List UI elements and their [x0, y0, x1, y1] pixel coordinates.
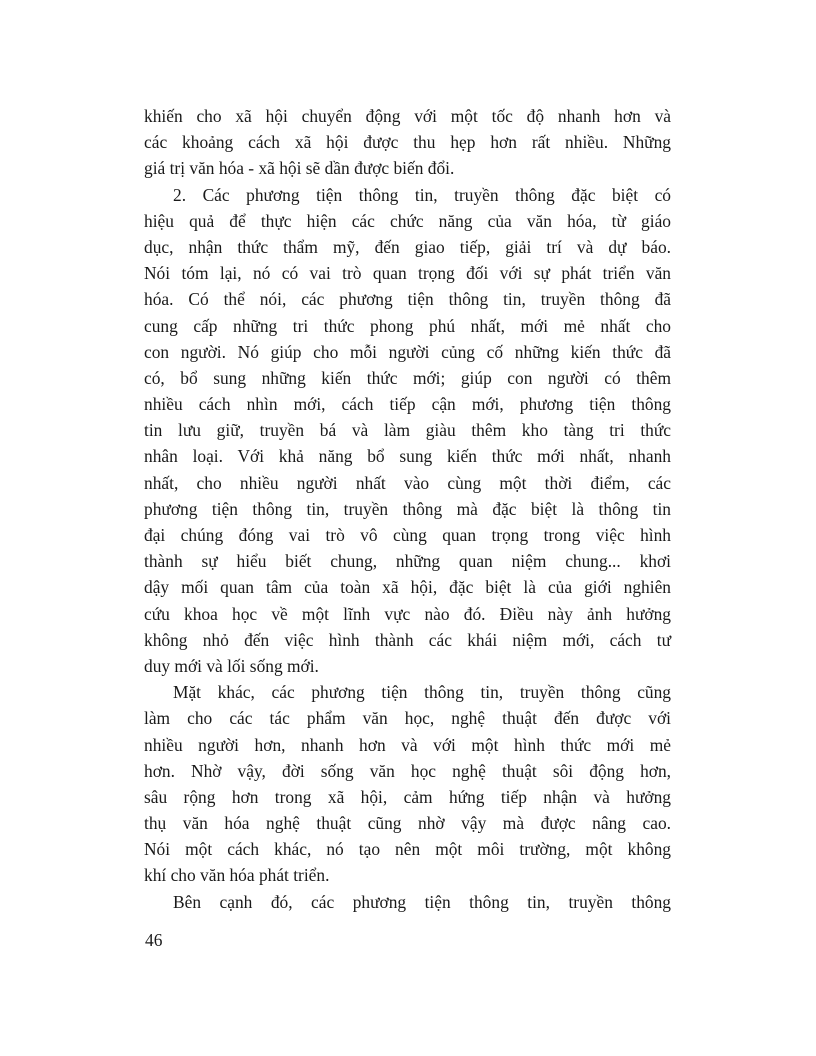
text-line: con người. Nó giúp cho mỗi người củng cố…	[144, 339, 671, 365]
text-line: dậy mối quan tâm của toàn xã hội, đặc bi…	[144, 574, 671, 600]
text-line: không nhỏ đến việc hình thành các khái n…	[144, 627, 671, 653]
text-line: 2. Các phương tiện thông tin, truyền thô…	[144, 182, 671, 208]
paragraph: Mặt khác, các phương tiện thông tin, tru…	[144, 679, 671, 889]
text-line: cứu khoa học về một lĩnh vực nào đó. Điề…	[144, 601, 671, 627]
text-line: duy mới và lối sống mới.	[144, 653, 671, 679]
text-line: tin lưu giữ, truyền bá và làm giàu thêm …	[144, 417, 671, 443]
text-line: hóa. Có thể nói, các phương tiện thông t…	[144, 286, 671, 312]
text-line: nhất, cho nhiều người nhất vào cùng một …	[144, 470, 671, 496]
text-line: nhiều người hơn, nhanh hơn và với một hì…	[144, 732, 671, 758]
text-line: làm cho các tác phẩm văn học, nghệ thuật…	[144, 705, 671, 731]
text-line: khiến cho xã hội chuyển động với một tốc…	[144, 103, 671, 129]
text-line: giá trị văn hóa - xã hội sẽ dần được biế…	[144, 155, 671, 181]
text-line: cung cấp những tri thức phong phú nhất, …	[144, 313, 671, 339]
paragraph: khiến cho xã hội chuyển động với một tốc…	[144, 103, 671, 182]
paragraph: 2. Các phương tiện thông tin, truyền thô…	[144, 182, 671, 680]
text-line: hơn. Nhờ vậy, đời sống văn học nghệ thuậ…	[144, 758, 671, 784]
text-line: Nói một cách khác, nó tạo nên một môi tr…	[144, 836, 671, 862]
body-text: khiến cho xã hội chuyển động với một tốc…	[144, 103, 671, 915]
text-line: Mặt khác, các phương tiện thông tin, tru…	[144, 679, 671, 705]
text-line: có, bổ sung những kiến thức mới; giúp co…	[144, 365, 671, 391]
paragraph: Bên cạnh đó, các phương tiện thông tin, …	[144, 889, 671, 915]
text-line: nhân loại. Với khả năng bổ sung kiến thứ…	[144, 443, 671, 469]
page-number: 46	[145, 930, 162, 951]
text-line: dục, nhận thức thẩm mỹ, đến giao tiếp, g…	[144, 234, 671, 260]
document-page: khiến cho xã hội chuyển động với một tốc…	[0, 0, 816, 1056]
text-line: Bên cạnh đó, các phương tiện thông tin, …	[144, 889, 671, 915]
text-line: nhiều cách nhìn mới, cách tiếp cận mới, …	[144, 391, 671, 417]
text-line: hiệu quả để thực hiện các chức năng của …	[144, 208, 671, 234]
text-line: sâu rộng hơn trong xã hội, cảm hứng tiếp…	[144, 784, 671, 810]
text-line: thụ văn hóa nghệ thuật cũng nhờ vậy mà đ…	[144, 810, 671, 836]
text-line: khí cho văn hóa phát triển.	[144, 862, 671, 888]
text-line: phương tiện thông tin, truyền thông mà đ…	[144, 496, 671, 522]
text-line: đại chúng đóng vai trò vô cùng quan trọn…	[144, 522, 671, 548]
text-line: thành sự hiểu biết chung, những quan niệ…	[144, 548, 671, 574]
text-line: các khoảng cách xã hội được thu hẹp hơn …	[144, 129, 671, 155]
text-line: Nói tóm lại, nó có vai trò quan trọng đố…	[144, 260, 671, 286]
